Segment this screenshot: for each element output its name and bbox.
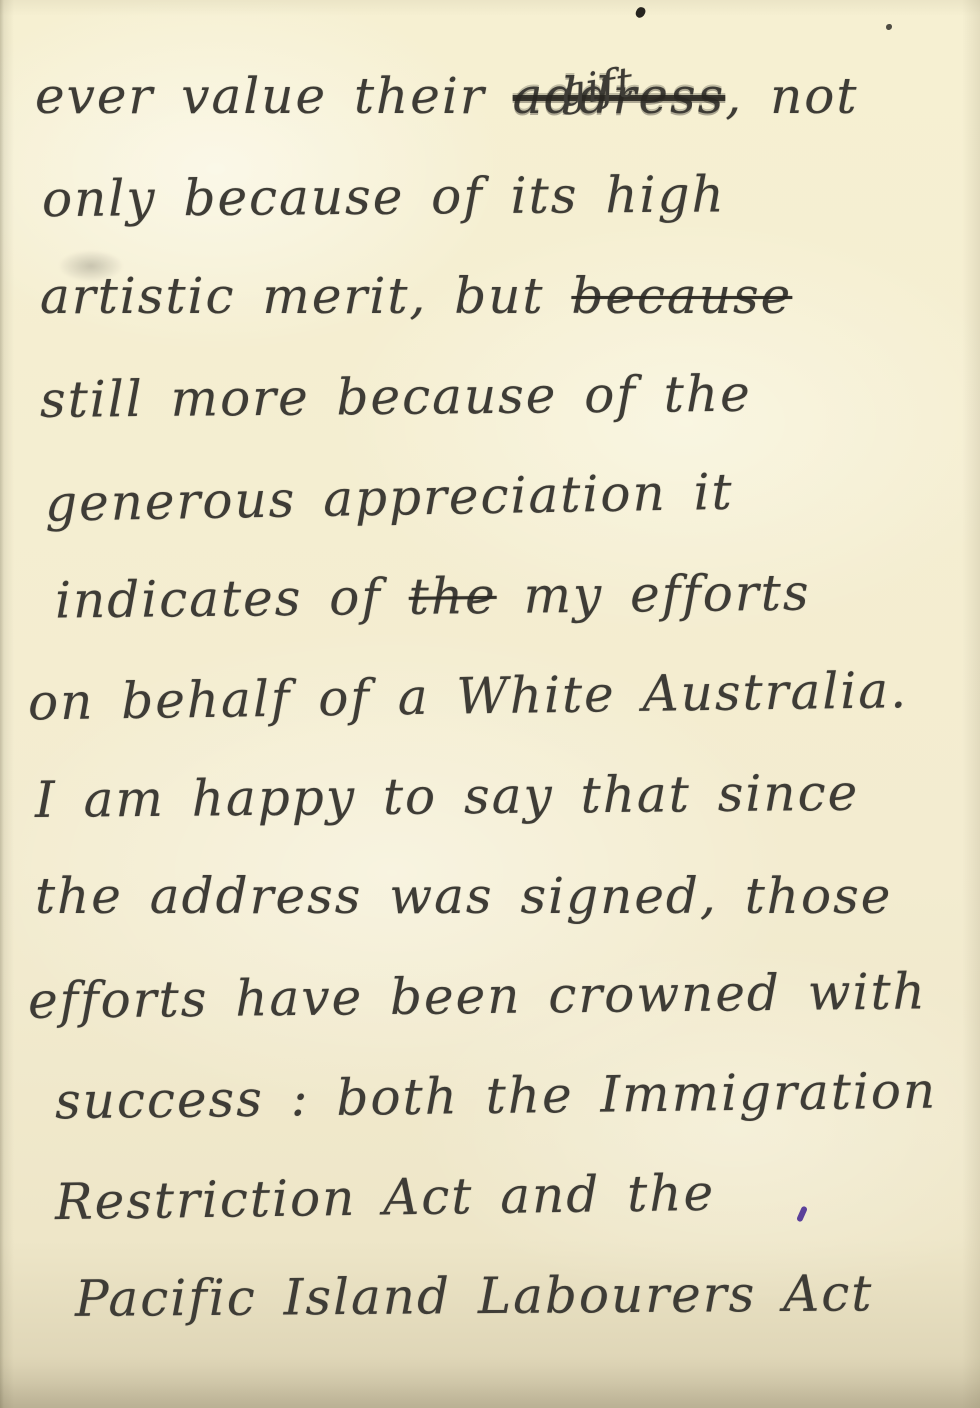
manuscript-line: success : both the Immigration xyxy=(0,1040,980,1152)
handwritten-text: generous appreciation it xyxy=(45,463,735,533)
handwritten-text: only because of its high xyxy=(42,165,726,228)
struck-text: the xyxy=(408,567,496,626)
manuscript-line: ever value their addressgift, not xyxy=(0,46,980,146)
struck-text: because xyxy=(571,267,792,325)
handwritten-text: still more because of the xyxy=(40,365,752,429)
handwritten-text: Restriction Act and the xyxy=(55,1164,716,1231)
handwritten-text: on behalf of a White Australia. xyxy=(28,661,909,731)
manuscript-line: I am happy to say that since xyxy=(0,742,980,851)
manuscript-line: still more because of the xyxy=(0,342,980,451)
manuscript-line: the address was signed, those xyxy=(0,846,980,946)
handwritten-text: , not xyxy=(725,67,858,125)
handwritten-text: efforts have been crowned with xyxy=(28,962,927,1029)
manuscript-line: only because of its high xyxy=(0,143,980,250)
manuscript-line: indicates of the my efforts xyxy=(0,541,980,651)
handwritten-text: I am happy to say that since xyxy=(35,764,860,829)
inserted-text-above: gift xyxy=(552,32,642,143)
handwritten-text: indicates of xyxy=(55,568,409,630)
handwritten-text: the address was signed, those xyxy=(35,867,892,925)
manuscript-line: generous appreciation it xyxy=(0,437,980,554)
handwritten-text: my efforts xyxy=(496,564,810,625)
manuscript-page: ever value their addressgift, notonly be… xyxy=(0,0,980,1408)
manuscript-line: on behalf of a White Australia. xyxy=(0,639,980,753)
manuscript-text-block: ever value their addressgift, notonly be… xyxy=(0,0,980,1408)
manuscript-line: Pacific Island Labourers Act xyxy=(0,1243,980,1350)
manuscript-line: artistic merit, but because xyxy=(0,246,980,346)
manuscript-line: efforts have been crowned with xyxy=(0,941,980,1051)
handwritten-text: Pacific Island Labourers Act xyxy=(75,1264,874,1328)
struck-text: addressgift xyxy=(513,67,726,125)
handwritten-text: ever value their xyxy=(35,67,513,125)
handwritten-text: success : both the Immigration xyxy=(55,1062,938,1131)
handwritten-text: artistic merit, but xyxy=(40,267,571,325)
manuscript-line: Restriction Act and the xyxy=(0,1139,980,1253)
